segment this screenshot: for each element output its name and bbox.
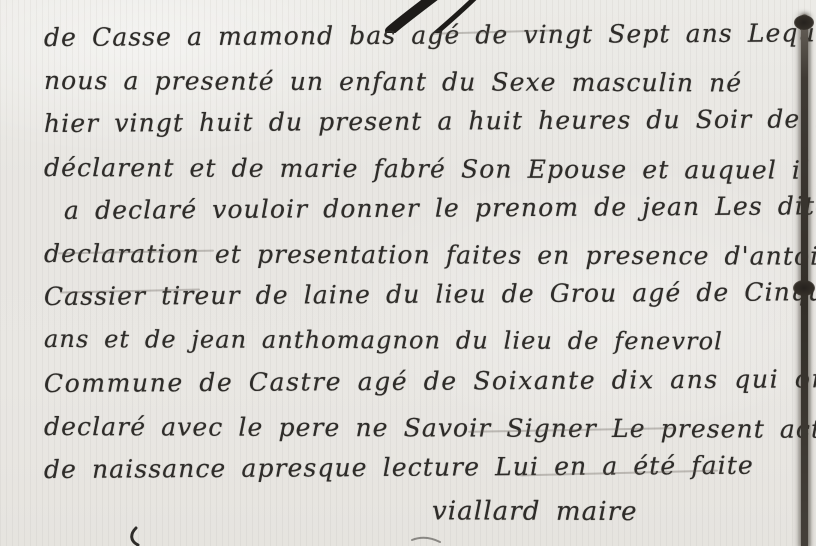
handwritten-line-1: de Casse a mamond bas agé de vingt Sept … [44,11,804,59]
handwritten-line-5: a declaré vouloir donner le prenom de je… [44,184,804,232]
handwritten-line-9: Commune de Castre agé de Soixante dix an… [44,357,804,405]
handwritten-text-block: de Casse a mamond bas agé de vingt Sept … [44,16,804,531]
ink-blob-top-right [794,15,814,30]
handwritten-line-3: hier vingt huit du present a huit heures… [44,98,804,146]
handwritten-line-7: Cassier tireur de laine du lieu de Grou … [44,270,804,318]
ink-blob-mid-right [793,280,815,296]
register-scan-page: de Casse a mamond bas agé de vingt Sept … [0,0,816,546]
handwritten-line-11: de naissance apresque lecture Lui en a é… [44,443,804,491]
cutoff-next-line-fragment [122,526,442,546]
